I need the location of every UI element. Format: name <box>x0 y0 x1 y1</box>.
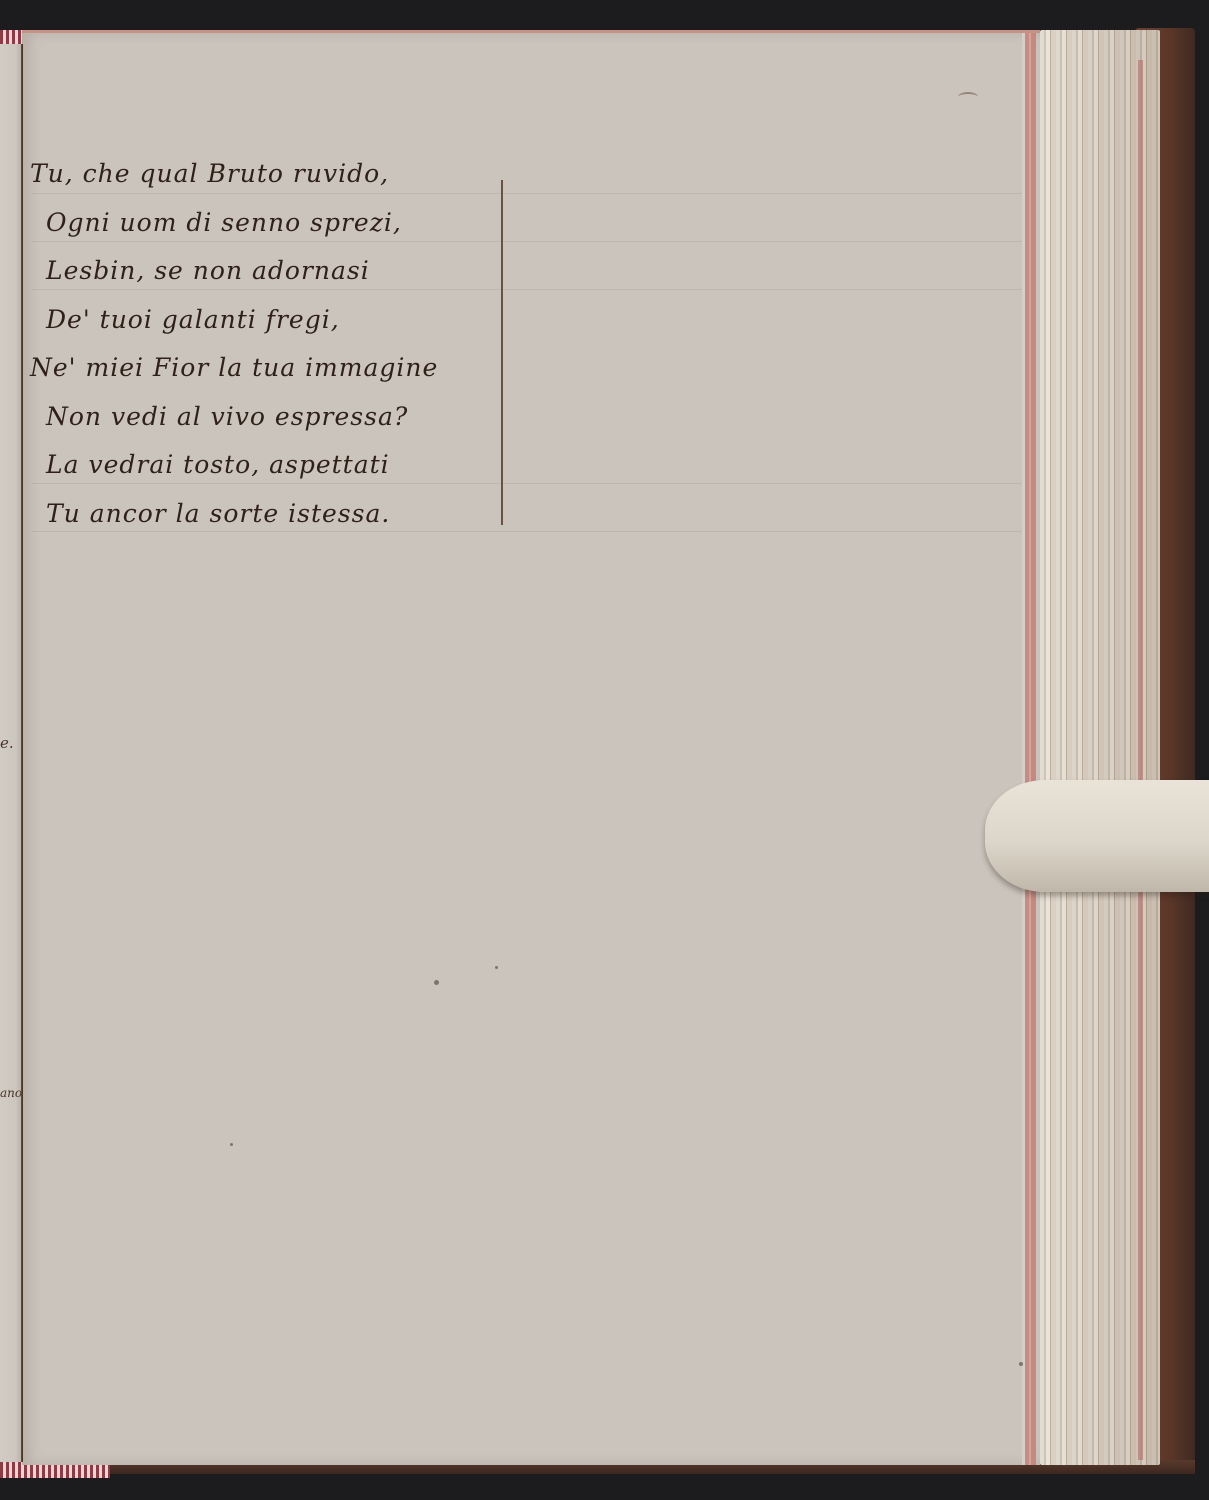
paper-spot <box>1019 1362 1023 1366</box>
pencil-mark <box>958 92 978 102</box>
paper-spot <box>230 1143 233 1146</box>
poem-line: Tu, che qual Bruto ruvido, <box>30 150 500 199</box>
poem: Tu, che qual Bruto ruvido, Ogni uom di s… <box>30 150 500 538</box>
paper-spot <box>495 966 498 969</box>
page-red-edge <box>1022 33 1036 1465</box>
poem-line: La vedrai tosto, aspettati <box>30 441 500 490</box>
poem-line: De' tuoi galanti fregi, <box>30 296 500 345</box>
poem-line: Tu ancor la sorte istessa. <box>30 490 500 539</box>
page-stack-red-edge <box>1138 60 1143 1460</box>
column-rule <box>501 180 503 525</box>
left-page: e. ano <box>0 44 22 1462</box>
poem-line: Ogni uom di senno sprezi, <box>30 199 500 248</box>
poem-line: Non vedi al vivo espressa? <box>30 393 500 442</box>
bone-folder <box>985 780 1209 892</box>
poem-line: Lesbin, se non adornasi <box>30 247 500 296</box>
poem-line: Ne' miei Fior la tua immagine <box>30 344 500 393</box>
manuscript-scene: e. ano Tu, che qual Bruto ruvido, Ogni u… <box>0 0 1209 1500</box>
paper-spot <box>434 980 439 985</box>
margin-fragment: ano <box>0 1086 22 1100</box>
margin-fragment: e. <box>0 734 14 752</box>
gutter <box>21 44 23 1462</box>
